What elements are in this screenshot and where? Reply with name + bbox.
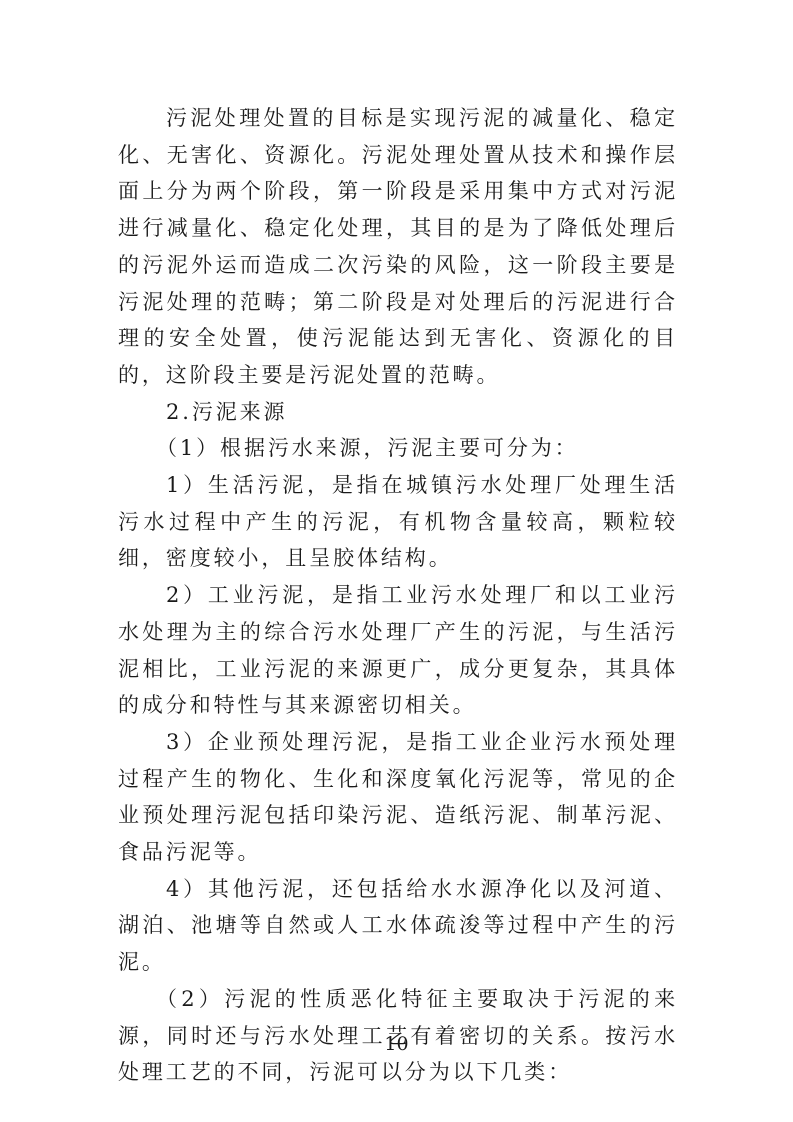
- paragraph-industrial-sludge: 2）工业污泥，是指工业污水处理厂和以工业污水处理为主的综合污水处理厂产生的污泥，…: [118, 577, 678, 724]
- document-body: 污泥处理处置的目标是实现污泥的减量化、稳定化、无害化、资源化。污泥处理处置从技术…: [118, 100, 678, 1091]
- section-heading-sludge-sources: 2.污泥来源: [118, 394, 678, 431]
- subheading-by-wastewater-source: （1）根据污水来源，污泥主要可分为：: [118, 430, 678, 467]
- paragraph-sludge-treatment-goals: 污泥处理处置的目标是实现污泥的减量化、稳定化、无害化、资源化。污泥处理处置从技术…: [118, 100, 678, 394]
- paragraph-domestic-sludge: 1）生活污泥，是指在城镇污水处理厂处理生活污水过程中产生的污泥，有机物含量较高，…: [118, 467, 678, 577]
- page-number: 10: [0, 1033, 793, 1055]
- paragraph-other-sludge: 4）其他污泥，还包括给水水源净化以及河道、湖泊、池塘等自然或人工水体疏浚等过程中…: [118, 871, 678, 981]
- paragraph-pretreatment-sludge: 3）企业预处理污泥，是指工业企业污水预处理过程产生的物化、生化和深度氧化污泥等，…: [118, 724, 678, 871]
